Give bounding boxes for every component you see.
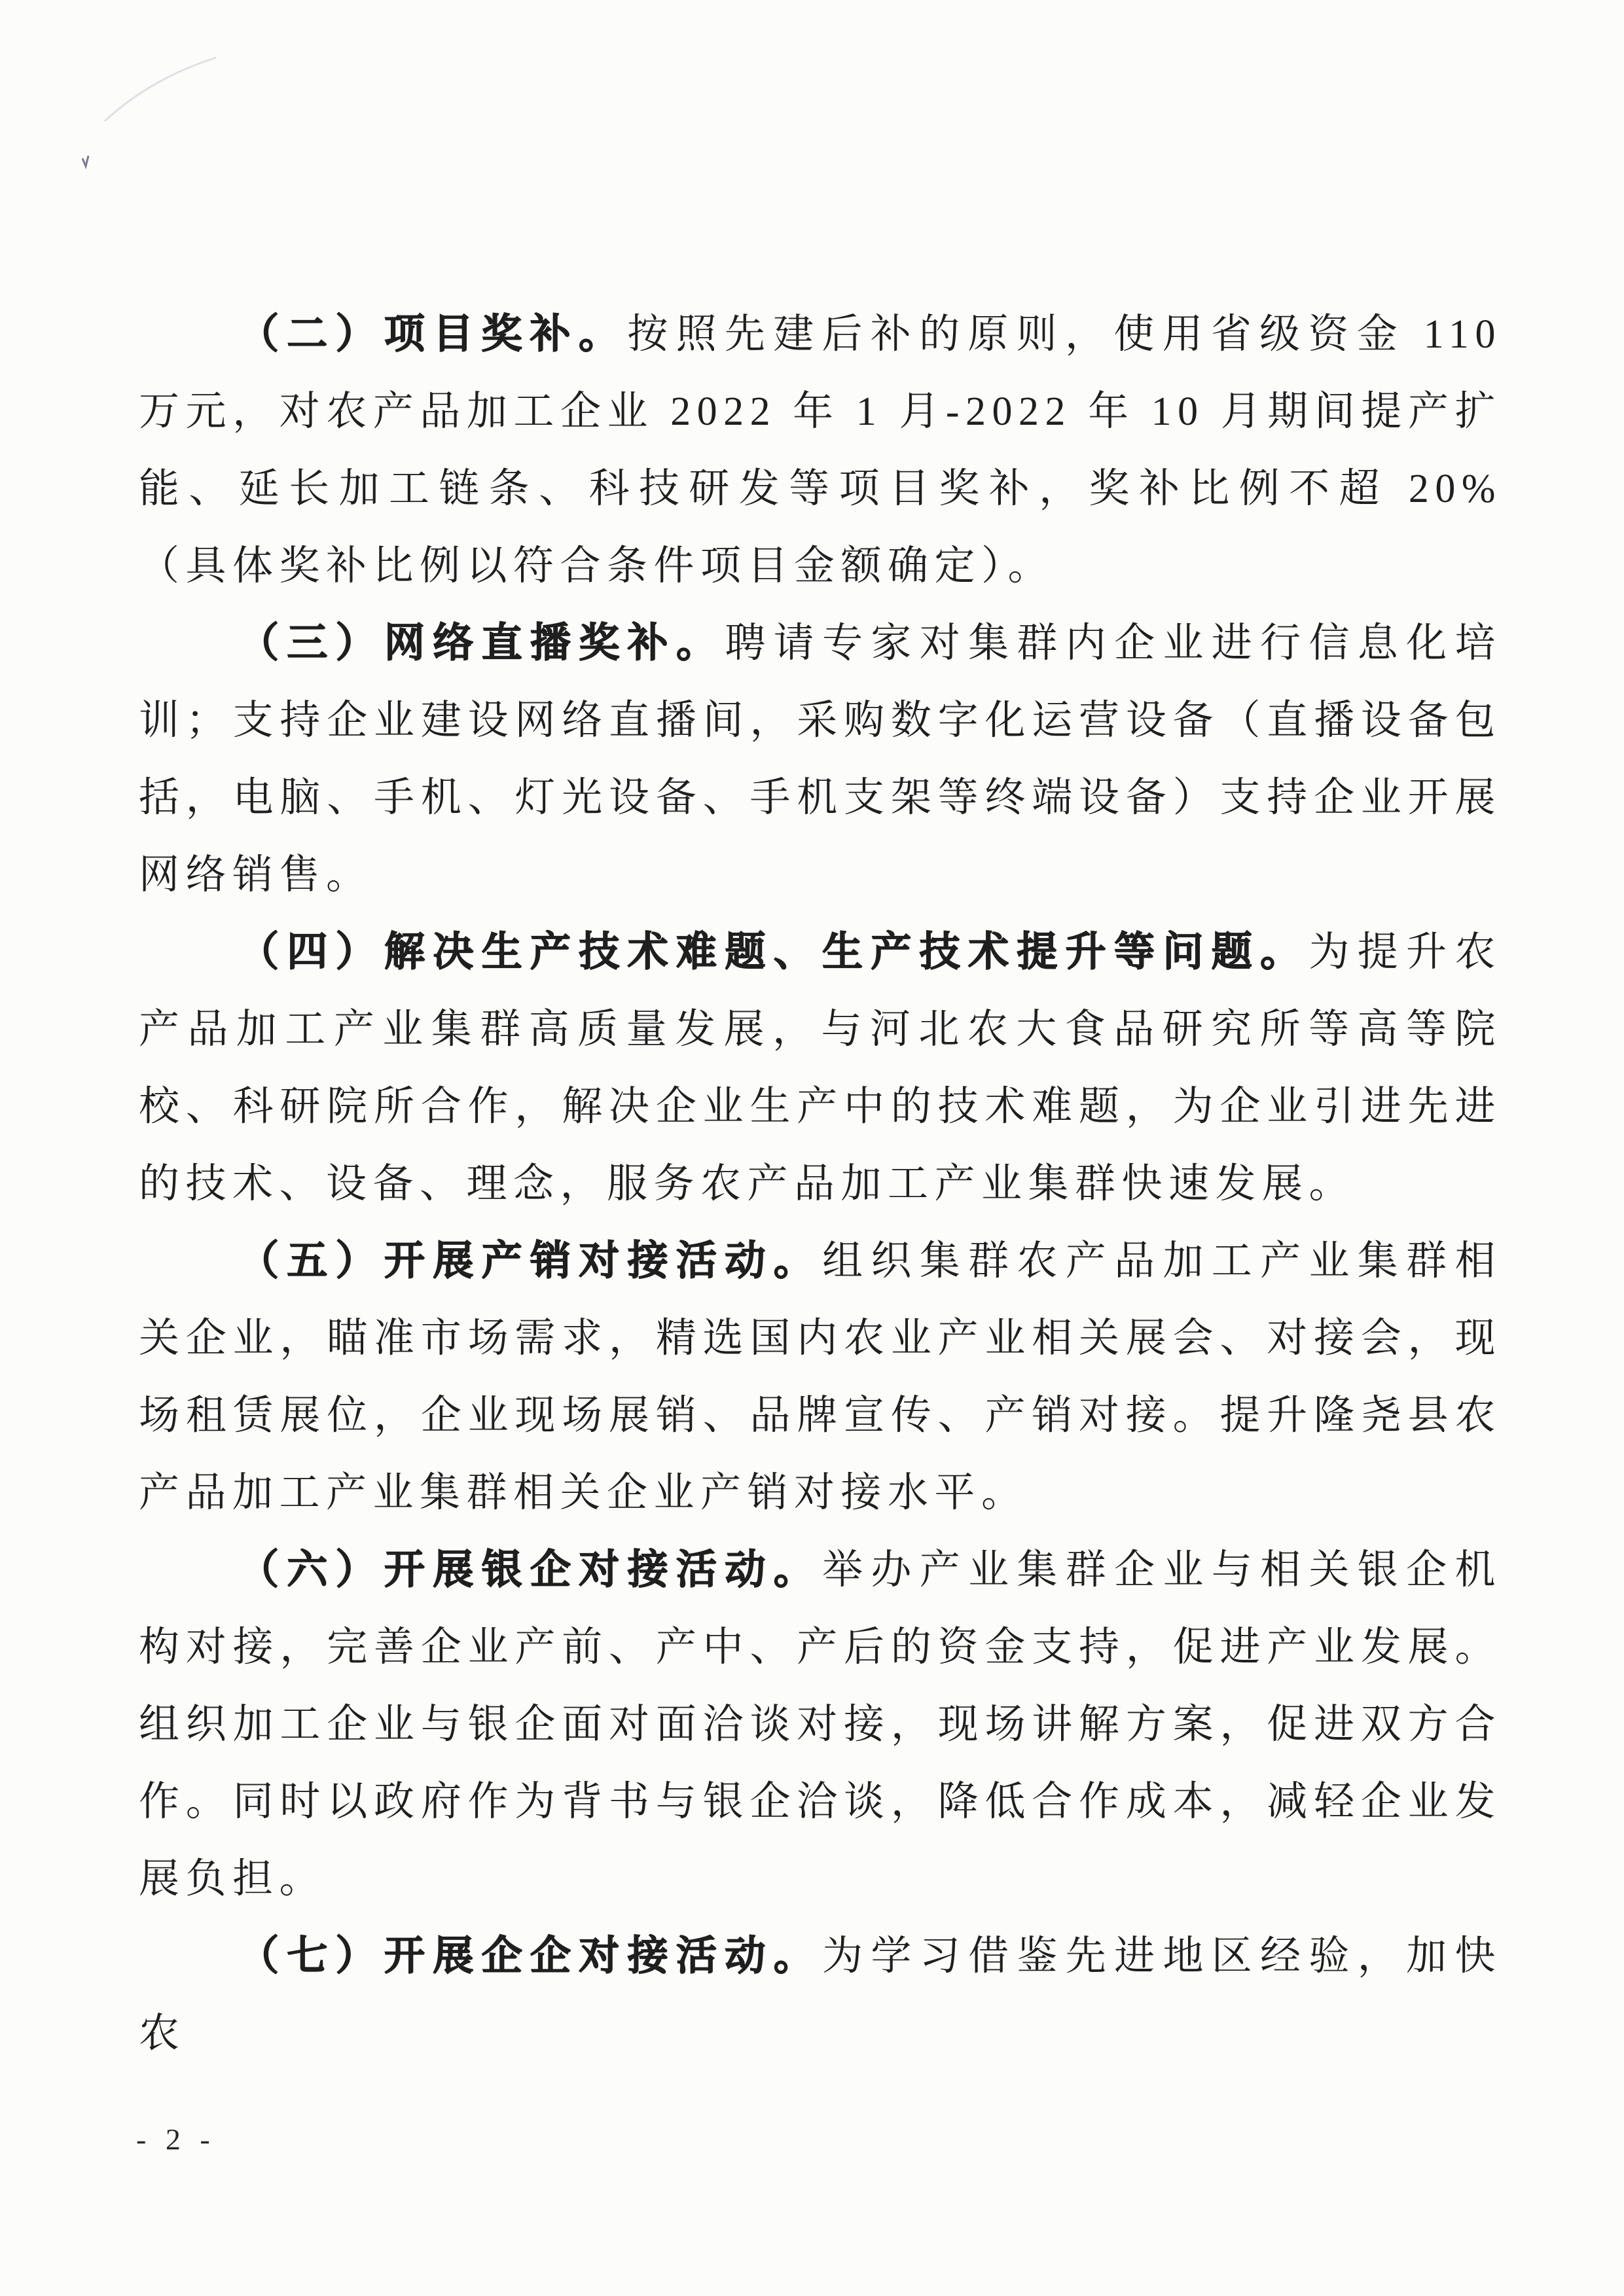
- scan-artifact-marks: [0, 0, 393, 262]
- paragraph-6-heading: （六）开展银企对接活动。: [238, 1548, 822, 1592]
- document-page: （二）项目奖补。按照先建后补的原则，使用省级资金 110 万元，对农产品加工企业…: [0, 0, 1624, 2296]
- paragraph-6-body: 举办产业集群企业与相关银企机构对接，完善企业产前、产中、产后的资金支持，促进产业…: [139, 1548, 1502, 1901]
- paragraph-item-7: （七）开展企企对接活动。为学习借鉴先进地区经验，加快农: [139, 1918, 1502, 2072]
- paragraph-7-heading: （七）开展企企对接活动。: [238, 1934, 822, 1979]
- paragraph-4-heading: （四）解决生产技术难题、生产技术提升等问题。: [238, 930, 1308, 975]
- paragraph-item-6: （六）开展银企对接活动。举办产业集群企业与相关银企机构对接，完善企业产前、产中、…: [139, 1532, 1502, 1918]
- paragraph-2-heading: （二）项目奖补。: [238, 312, 627, 357]
- paragraph-item-3: （三）网络直播奖补。聘请专家对集群内企业进行信息化培训；支持企业建设网络直播间，…: [139, 605, 1502, 914]
- paragraph-item-5: （五）开展产销对接活动。组织集群农产品加工产业集群相关企业，瞄准市场需求，精选国…: [139, 1223, 1502, 1532]
- paragraph-item-2: （二）项目奖补。按照先建后补的原则，使用省级资金 110 万元，对农产品加工企业…: [139, 296, 1502, 605]
- page-number: - 2 -: [136, 2122, 216, 2157]
- paragraph-item-4: （四）解决生产技术难题、生产技术提升等问题。为提升农产品加工产业集群高质量发展，…: [139, 914, 1502, 1223]
- document-body: （二）项目奖补。按照先建后补的原则，使用省级资金 110 万元，对农产品加工企业…: [139, 296, 1502, 2072]
- paragraph-3-heading: （三）网络直播奖补。: [238, 621, 725, 666]
- paragraph-5-heading: （五）开展产销对接活动。: [238, 1239, 822, 1283]
